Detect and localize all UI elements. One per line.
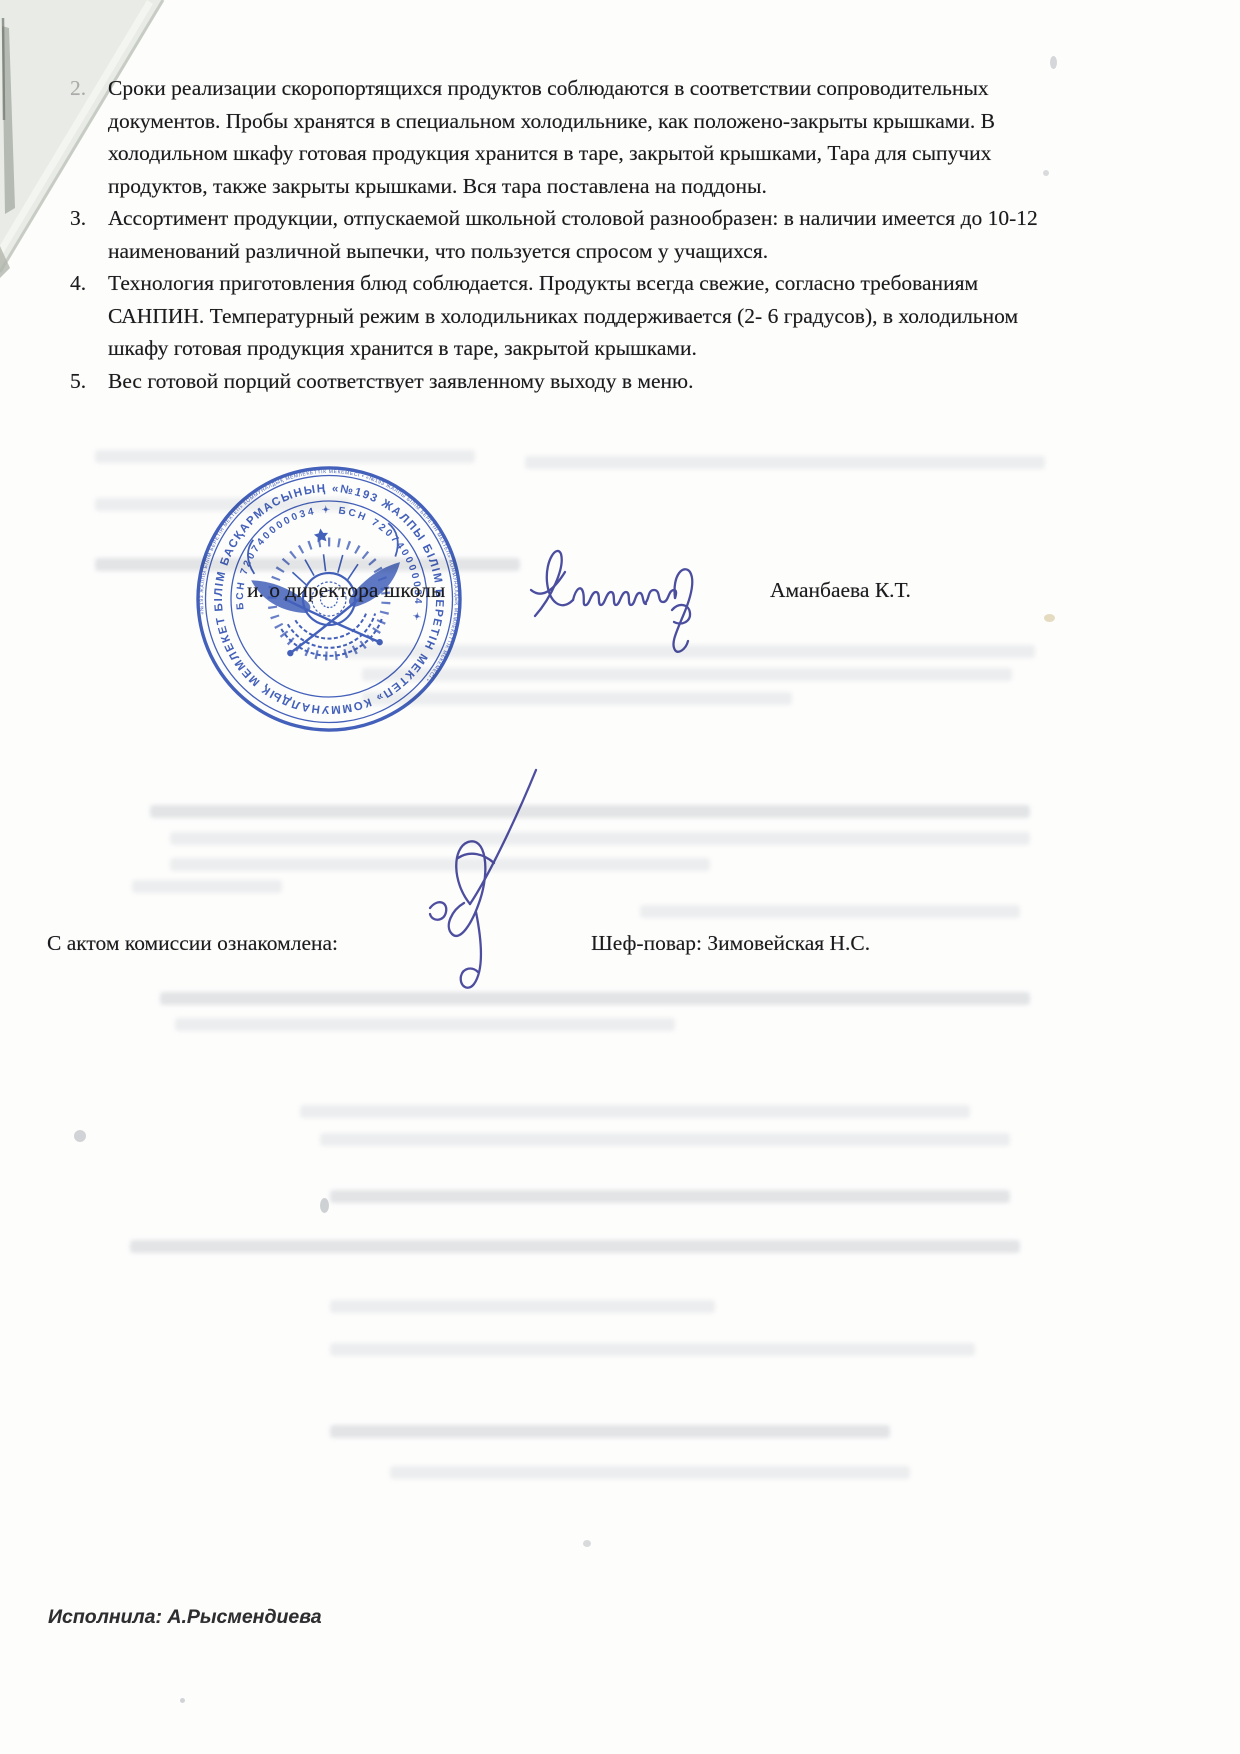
director-name: Аманбаева К.Т. bbox=[770, 577, 911, 603]
director-title: и. о директора школы bbox=[247, 577, 445, 603]
list-item-number: 5. bbox=[70, 365, 108, 398]
list-item-text: Сроки реализации скоропортящихся продукт… bbox=[108, 72, 1048, 202]
list-item-number: 4. bbox=[70, 267, 108, 300]
bleedthrough-line bbox=[160, 992, 1030, 1005]
list-item: 4. Технология приготовления блюд соблюда… bbox=[70, 267, 1050, 365]
bleedthrough-line bbox=[640, 905, 1020, 918]
bleedthrough-line bbox=[330, 1425, 890, 1438]
bleedthrough-line bbox=[525, 456, 1045, 469]
scan-speck bbox=[1050, 56, 1057, 69]
list-item-text: Ассортимент продукции, отпускаемой школь… bbox=[108, 202, 1048, 267]
list-item-text: Вес готовой порций соответствует заявлен… bbox=[108, 365, 1048, 398]
list-item: 3. Ассортимент продукции, отпускаемой шк… bbox=[70, 202, 1050, 267]
scan-speck bbox=[320, 1198, 329, 1213]
scan-speck bbox=[583, 1540, 591, 1547]
bleedthrough-line bbox=[330, 1343, 975, 1356]
findings-list: 2. Сроки реализации скоропортящихся прод… bbox=[70, 72, 1050, 397]
bleedthrough-line bbox=[150, 805, 1030, 818]
list-item-number: 3. bbox=[70, 202, 108, 235]
list-item: 5. Вес готовой порций соответствует заяв… bbox=[70, 365, 1050, 398]
scan-speck bbox=[1044, 614, 1055, 622]
bleedthrough-line bbox=[170, 832, 1030, 845]
scan-speck bbox=[74, 1130, 86, 1142]
ack-label: С актом комиссии ознакомлена: bbox=[47, 930, 338, 956]
scanned-document-page: 2. Сроки реализации скоропортящихся прод… bbox=[0, 0, 1240, 1754]
bleedthrough-line bbox=[330, 1190, 1010, 1203]
bleedthrough-line bbox=[300, 1105, 970, 1118]
list-item-text: Технология приготовления блюд соблюдаетс… bbox=[108, 267, 1048, 365]
bleedthrough-line bbox=[130, 1240, 1020, 1253]
director-signature bbox=[525, 538, 705, 658]
executor-note: Исполнила: А.Рысмендиева bbox=[48, 1606, 322, 1629]
list-item-number: 2. bbox=[70, 72, 108, 105]
bleedthrough-line bbox=[330, 1300, 715, 1313]
list-item: 2. Сроки реализации скоропортящихся прод… bbox=[70, 72, 1050, 202]
scan-speck bbox=[180, 1698, 185, 1703]
bleedthrough-line bbox=[132, 880, 282, 893]
bleedthrough-line bbox=[320, 1133, 1010, 1146]
chef-signature bbox=[418, 762, 548, 1002]
bleedthrough-line bbox=[390, 1466, 910, 1479]
bleedthrough-line bbox=[175, 1018, 675, 1031]
chef-name: Шеф-повар: Зимовейская Н.С. bbox=[591, 930, 870, 956]
